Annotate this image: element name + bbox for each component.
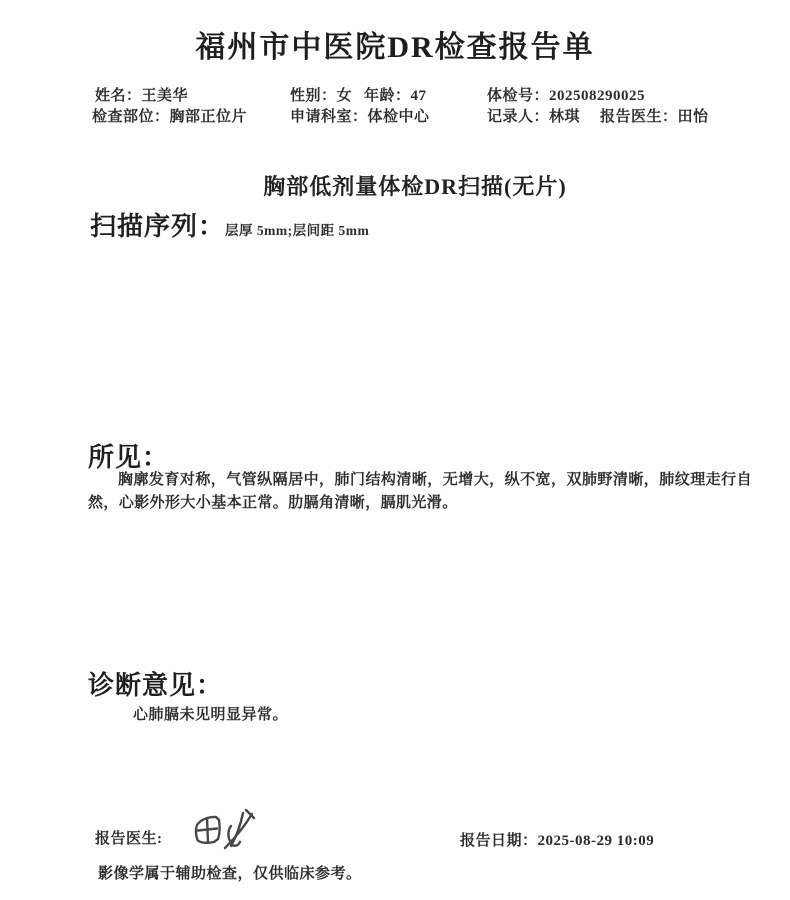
report-date-value: 2025-08-29 10:09: [538, 833, 655, 849]
dr-report-page: 福州市中医院DR检查报告单 姓名：王美华 性别：女年龄：47 体检号：20250…: [0, 0, 790, 900]
patient-name-label: 姓名：: [95, 88, 142, 104]
report-doctor-value: 田怡: [678, 109, 709, 125]
exam-number-label: 体检号：: [487, 88, 549, 104]
report-title: 福州市中医院DR检查报告单: [0, 22, 790, 66]
footer-date: 报告日期：2025-08-29 10:09: [460, 829, 654, 850]
body-part-cell: 检查部位：胸部正位片: [92, 105, 247, 126]
scan-sequence-line: 扫描序列：层厚 5mm;层间距 5mm: [90, 206, 369, 243]
recorder-value: 林琪: [549, 109, 580, 125]
footer-note: 影像学属于辅助检查，仅供临床参考。: [98, 862, 362, 883]
report-doctor-label: 报告医生：: [600, 109, 678, 125]
footer-doctor-label: 报告医生:: [95, 827, 163, 848]
department-value: 体检中心: [368, 109, 430, 125]
patient-name-cell: 姓名：王美华: [95, 84, 188, 105]
findings-text: 胸廓发育对称，气管纵隔居中，肺门结构清晰，无增大，纵不宽，双肺野清晰，肺纹理走行…: [88, 469, 752, 515]
patient-gender-label: 性别：: [290, 88, 337, 104]
body-part-label: 检查部位：: [92, 109, 170, 125]
exam-number-value: 202508290025: [549, 88, 645, 104]
diagnosis-label: 诊断意见：: [88, 665, 223, 702]
diagnosis-text: 心肺膈未见明显异常。: [88, 703, 288, 724]
scan-sequence-value: 层厚 5mm;层间距 5mm: [225, 223, 369, 238]
scan-sequence-label: 扫描序列：: [90, 212, 225, 241]
patient-gender-age-cell: 性别：女年龄：47: [290, 84, 427, 105]
patient-age-label: 年龄：: [364, 88, 411, 104]
recorder-doctor-cell: 记录人：林琪报告医生：田怡: [487, 105, 709, 126]
recorder-label: 记录人：: [487, 109, 549, 125]
patient-gender-value: 女: [337, 88, 353, 104]
department-label: 申请科室：: [290, 109, 368, 125]
patient-age-value: 47: [411, 88, 427, 104]
doctor-signature: [186, 806, 264, 856]
department-cell: 申请科室：体检中心: [290, 105, 430, 126]
exam-number-cell: 体检号：202508290025: [487, 84, 645, 105]
body-part-value: 胸部正位片: [170, 109, 248, 125]
patient-name-value: 王美华: [142, 88, 189, 104]
exam-title: 胸部低剂量体检DR扫描(无片): [20, 170, 790, 201]
report-date-label: 报告日期：: [460, 833, 538, 849]
